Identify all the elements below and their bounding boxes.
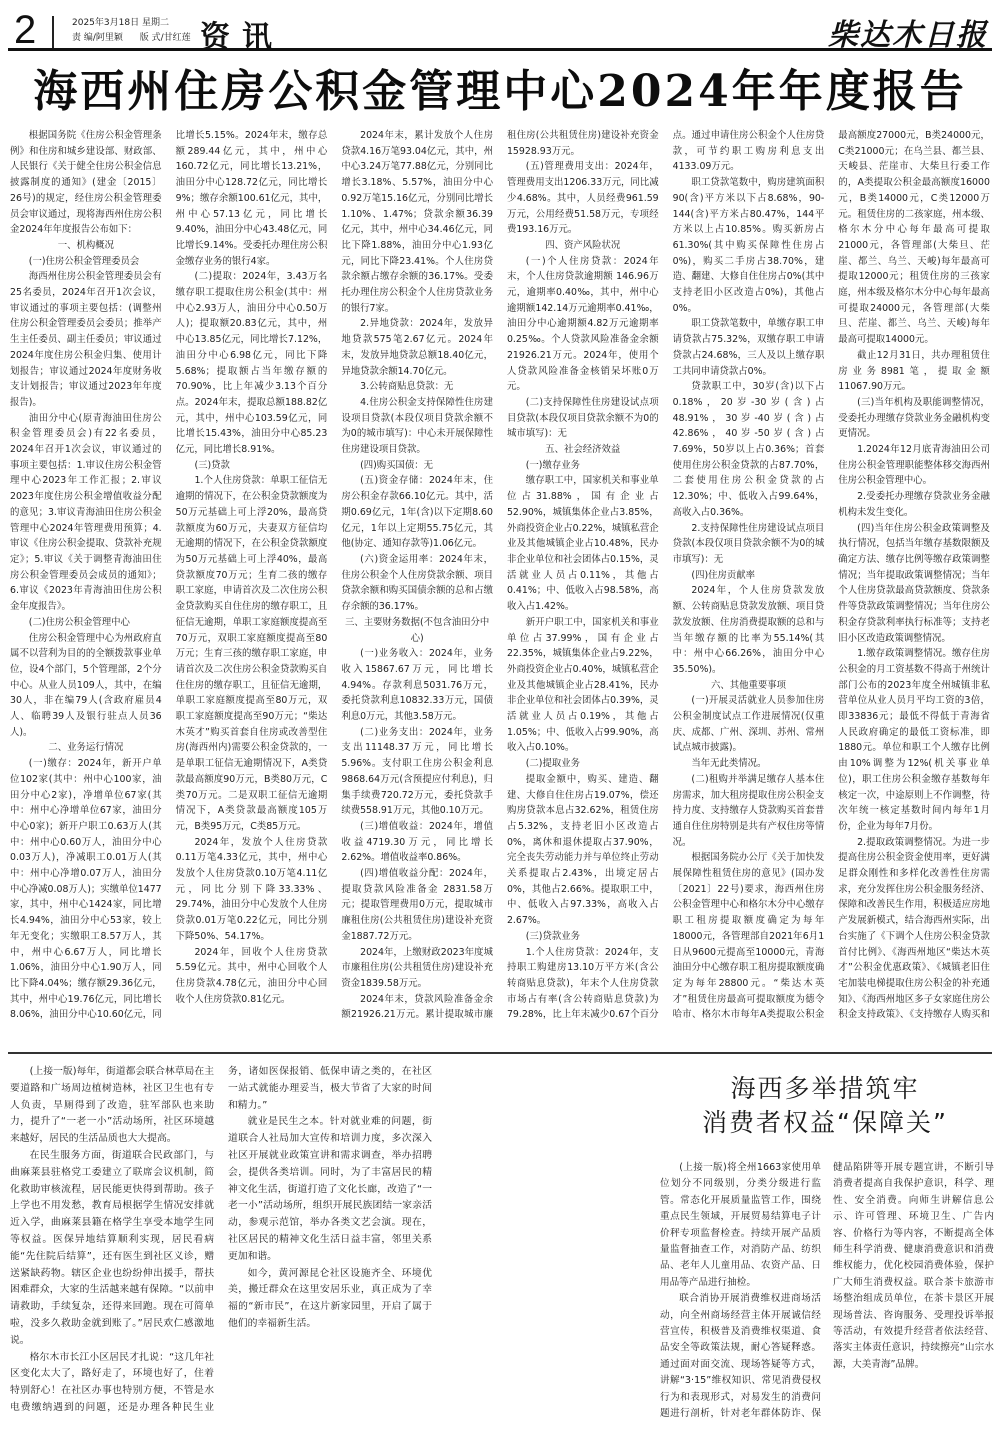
section-heading: 二、业务运行情况 — [10, 740, 162, 756]
paragraph: (三)当年机构及职能调整情况，受委托办理缴存贷款业务金融机构变更情况。 — [838, 395, 990, 442]
paragraph: 缴存职工中，国家机关和事业单位占31.88%，国有企业占52.90%，城镇集体企… — [507, 473, 659, 614]
paragraph: (一)缴存业务 — [507, 458, 659, 474]
paragraph: (五)资金存储：2024年末，住房公积金存款66.10亿元。其中，活期0.69亿… — [341, 473, 493, 552]
paragraph: (二)业务支出：2024年，业务支出11148.37万元，同比增长5.96%。支… — [341, 725, 493, 819]
section-heading: 三、主要财务数据(不包含油田分中心) — [341, 615, 493, 646]
paragraph: (二)提取业务 — [507, 756, 659, 772]
paragraph: 截止12月31日，共办理租赁住房业务8981笔，提取金额11067.90万元。 — [838, 348, 990, 395]
paragraph: 职工贷款笔数中，购房建筑面积90(含)平方米以下占8.68%，90-144(含)… — [673, 175, 825, 316]
paragraph: 2024年，发放个人住房贷款0.11万笔4.33亿元，其中，州中心发放个人住房贷… — [176, 835, 328, 945]
subsection-heading: (一)住房公积金管理委员会 — [10, 254, 162, 270]
section-heading: 一、机构概况 — [10, 238, 162, 254]
paragraph: 如今，黄河源昆仑社区设施齐全、环境优美，搬迁群众在这里安居乐业，真正成为了幸福的… — [228, 1266, 432, 1333]
paragraph: (一)个人住房贷款：2024年末，个人住房贷款逾期额 146.96万元，逾期率0… — [507, 254, 659, 395]
consumer-headline-line2: 消费者权益“保障关” — [655, 1106, 995, 1140]
paragraph: 2024年末，累计发放个人住房贷款4.16万笔93.04亿元，其中，州中心3.2… — [341, 128, 493, 316]
layout-credit: 版 式/甘红莲 — [140, 33, 191, 43]
paragraph: (上接一版)每年，街道都会联合林草局在主要道路和广场周边植树造林，社区卫生也有专… — [10, 1064, 214, 1148]
consumer-story-headline: 海西多举措筑牢 消费者权益“保障关” — [655, 1072, 995, 1140]
paragraph: 1.缴存政策调整情况。缴存住房公积金的月工资基数不得高于州统计部门公布的2023… — [838, 646, 990, 834]
masthead-rule — [8, 48, 992, 51]
issue-meta: 2025年3月18日 星期二 责 编/阿里颖 版 式/甘红莲 — [72, 16, 205, 46]
paragraph: 职工贷款笔数中，单缴存职工申请贷款占75.32%，双缴存职工申请贷款占24.68… — [673, 316, 825, 379]
annual-report-article: 根据国务院《住房公积金管理条例》和住房和城乡建设部、财政部、人民银行《关于健全住… — [10, 128, 990, 1028]
paragraph: 1.2024年12月底青海油田公司住房公积金管理职能整体移交海西州住房公积金管理… — [838, 442, 990, 489]
masthead: 2 2025年3月18日 星期二 责 编/阿里颖 版 式/甘红莲 资讯 柴达木日… — [8, 6, 992, 52]
paragraph: (二)提取：2024年，3.43万名缴存职工提取住房公积金(其中：州中心2.93… — [176, 269, 328, 457]
paragraph: (四)增值收益分配：2024年，提取贷款风险准备金 2831.58万元；提取管理… — [341, 866, 493, 945]
paragraph: 在民生服务方面，街道联合民政部门，与曲麻莱县驻格党工委建立了联席会议机制，简化救… — [10, 1148, 214, 1350]
paragraph: (二)租购并举满足缴存人基本住房需求，加大租房提取住房公积金支持力度、支持缴存人… — [673, 772, 825, 851]
editor-credit: 责 编/阿里颖 — [72, 33, 123, 43]
paragraph: (四)住房贡献率 — [673, 568, 825, 584]
paragraph: 2.支持保障性住房建设试点项目贷款(本段仅项目贷款余额不为0的城市填写)：无 — [673, 521, 825, 568]
paragraph: 住房公积金管理中心为州政府直属不以营利为目的的全额拨款事业单位，设4个部门，5个… — [10, 631, 162, 741]
paragraph: (上接一版)将全州1663家使用单位划分不同级别，分类分级进行监管。常态化开展质… — [660, 1160, 821, 1291]
paragraph: (四)当年住房公积金政策调整及执行情况，包括当年缴存基数限额及确定方法、缴存比例… — [838, 521, 990, 647]
section-heading: 六、其他重要事项 — [673, 678, 825, 694]
paragraph: 贷款职工中，30岁(含)以下占0.18%，20岁-30岁(含)占48.91%，3… — [673, 379, 825, 520]
paragraph: (一)开展灵活就业人员参加住房公积金制度试点工作进展情况(仅重庆、成都、广州、深… — [673, 693, 825, 756]
paragraph: 2.受委托办理缴存贷款业务金融机构未发生变化。 — [838, 489, 990, 520]
paragraph: 提取金额中，购买、建造、翻建、大修自住住房占19.07%，偿还购房贷款本息占32… — [507, 772, 659, 929]
report-headline: 海西州住房公积金管理中心2024年年度报告 — [0, 60, 1000, 124]
subsection-heading: (三)贷款 — [176, 458, 328, 474]
issue-date: 2025年3月18日 星期二 — [72, 16, 205, 31]
subsection-heading: (二)住房公积金管理中心 — [10, 615, 162, 631]
consumer-headline-line1: 海西多举措筑牢 — [655, 1072, 995, 1106]
section-heading: 四、资产风险状况 — [507, 238, 659, 254]
page-number-divider — [52, 16, 54, 48]
paragraph: 新开户职工中，国家机关和事业单位占37.99%，国有企业占22.35%，城镇集体… — [507, 615, 659, 756]
paragraph: 2024年，上缴财政2023年度城市廉租住房(公共租赁住房)建设补充资金1839… — [341, 945, 493, 992]
paragraph: (三)增值收益：2024年，增值收益4719.30万元，同比增长2.62%。增值… — [341, 819, 493, 866]
paragraph: 2024年，回收个人住房贷款5.59亿元。其中，州中心回收个人住房贷款4.78亿… — [176, 945, 328, 1008]
paragraph: (二)支持保障性住房建设试点项目贷款(本段仅项目贷款余额不为0的城市填写)：无 — [507, 395, 659, 442]
paragraph: 油田分中心(原青海油田住房公积金管理委员会)有22名委员，2024年召开1次会议… — [10, 411, 162, 615]
page-number: 2 — [14, 10, 36, 50]
paragraph: 2.异地贷款：2024年，发放异地贷款575笔2.67亿元。2024年末，发放异… — [341, 316, 493, 379]
paragraph: (四)购买国债：无 — [341, 458, 493, 474]
paragraph: (三)贷款业务 — [507, 929, 659, 945]
paragraph: 2024年，个人住房贷款发放额、公转商贴息贷款发放额、项目贷款发放额、住房消费提… — [673, 583, 825, 677]
paragraph: 1.个人住房贷款：单职工征信无逾期的情况下，在公积金贷款额度为50万元基础上可上… — [176, 473, 328, 834]
paragraph: 海西州住房公积金管理委员会有25名委员，2024年召开1次会议，审议通过的事项主… — [10, 269, 162, 410]
article-divider — [8, 1052, 992, 1054]
community-story: (上接一版)每年，街道都会联合林草局在主要道路和广场周边植树造林，社区卫生也有专… — [10, 1064, 650, 1430]
section-heading: 五、社会经济效益 — [507, 442, 659, 458]
paragraph: (五)管理费用支出：2024年，管理费用支出1206.33万元，同比减少4.68… — [507, 159, 659, 238]
paragraph: 4.住房公积金支持保障性住房建设项目贷款(本段仅项目贷款余额不为0的城市填写)：… — [341, 395, 493, 458]
paragraph: 就业是民生之本。针对就业难的问题，街道联合人社局加大宣传和培训力度，多次深入社区… — [228, 1114, 432, 1265]
paragraph: 当年无此类情况。 — [673, 756, 825, 772]
paragraph: 3.公转商贴息贷款：无 — [341, 379, 493, 395]
paragraph: 根据国务院《住房公积金管理条例》和住房和城乡建设部、财政部、人民银行《关于健全住… — [10, 128, 162, 238]
paragraph: (一)业务收入：2024年，业务收入15867.67万元，同比增长4.94%。存… — [341, 646, 493, 725]
paragraph: (六)资金运用率：2024年末，住房公积金个人住房贷款余额、项目贷款余额和购买国… — [341, 552, 493, 615]
consumer-story: (上接一版)将全州1663家使用单位划分不同级别，分类分级进行监管。常态化开展质… — [660, 1160, 994, 1430]
